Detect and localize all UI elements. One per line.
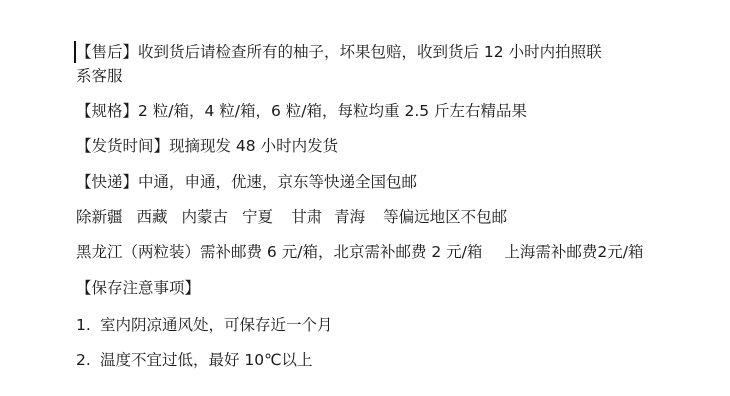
list-text: 室内阴凉通风处，可保存近一个月	[100, 316, 333, 334]
storage-item-2: 2.温度不宜过低，最好 10℃以上	[76, 348, 313, 372]
region-xinjiang: 除新疆	[76, 208, 123, 226]
after-sales-line-2: 系客服	[76, 64, 123, 88]
ship-time-line: 【发货时间】现摘现发 48 小时内发货	[76, 134, 338, 158]
list-number: 1.	[76, 313, 100, 337]
list-number: 2.	[76, 348, 100, 372]
region-qinghai: 青海	[334, 208, 365, 226]
storage-title: 【保存注意事项】	[76, 276, 200, 300]
list-text: 温度不宜过低，最好 10℃以上	[100, 351, 313, 369]
surcharge-shanghai: 上海需补邮费2元/箱	[504, 243, 643, 261]
storage-item-1: 1.室内阴凉通风处，可保存近一个月	[76, 313, 333, 337]
excluded-regions-line: 除新疆西藏内蒙古宁夏甘肃青海等偏远地区不包邮	[76, 205, 507, 229]
surcharge-line: 黑龙江（两粒装）需补邮费 6 元/箱，北京需补邮费 2 元/箱上海需补邮费2元/…	[76, 240, 643, 264]
region-ningxia: 宁夏	[242, 208, 273, 226]
region-remote-note: 等偏远地区不包邮	[383, 208, 507, 226]
after-sales-line-1: 【售后】收到货后请检查所有的柚子，坏果包赔，收到货后 12 小时内拍照联	[76, 40, 602, 64]
surcharge-heilongjiang-beijing: 黑龙江（两粒装）需补邮费 6 元/箱，北京需补邮费 2 元/箱	[76, 243, 482, 261]
spec-line: 【规格】2 粒/箱，4 粒/箱，6 粒/箱，每粒均重 2.5 斤左右精品果	[76, 99, 527, 123]
region-gansu: 甘肃	[291, 208, 322, 226]
region-tibet: 西藏	[137, 208, 168, 226]
express-line: 【快递】中通，申通，优速，京东等快递全国包邮	[76, 170, 417, 194]
region-inner-mongolia: 内蒙古	[182, 208, 229, 226]
